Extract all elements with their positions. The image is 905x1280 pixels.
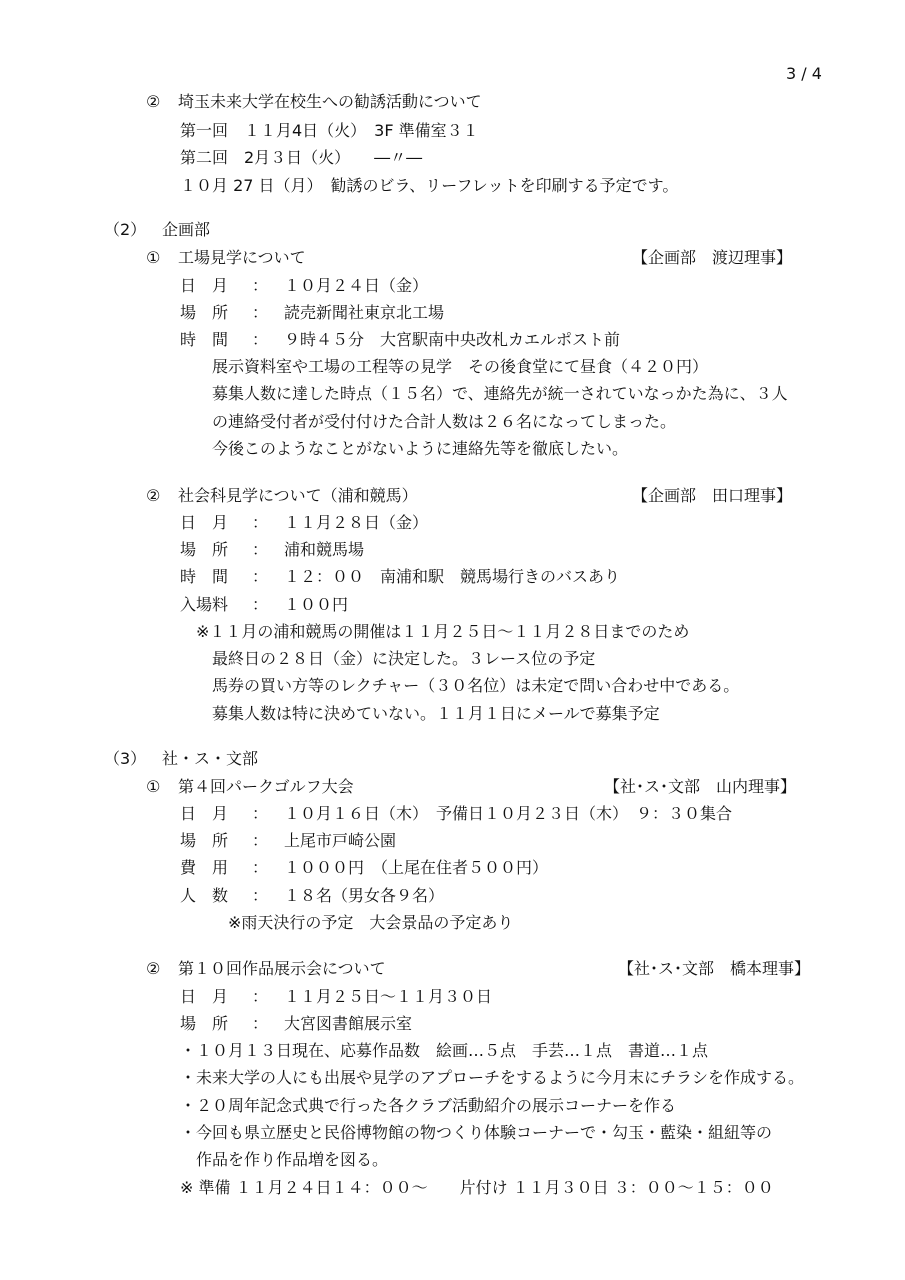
note-line: ※１１月の浦和競馬の開催は１１月２５日～１１月２８日までのため <box>196 622 689 642</box>
detail-row-date: 日 月：１１月２８日（金） <box>180 513 428 533</box>
row-value: １１月２８日（金） <box>284 513 428 532</box>
row-colon: ： <box>252 595 284 615</box>
row-value: 大宮図書館展示室 <box>284 1014 412 1033</box>
row-label: 人 数 <box>180 886 252 906</box>
section-title: 企画部 <box>162 220 210 239</box>
row-label: 日 月 <box>180 987 252 1007</box>
note-line: ※雨天決行の予定 大会景品の予定あり <box>228 913 513 933</box>
row-colon: ： <box>252 987 284 1007</box>
page-number: 3 / 4 <box>786 64 822 84</box>
row-value: 浦和競馬場 <box>284 540 364 559</box>
row-label: 時 間 <box>180 330 252 350</box>
section-heading-social-sports-culture: （3）社・ス・文部 <box>104 749 258 769</box>
note-line: の連絡受付者が受付付けた合計人数は２６名になってしまった。 <box>212 412 676 432</box>
row-value: １００円 <box>284 595 348 614</box>
row-colon: ： <box>252 804 284 824</box>
recruitment-line-3: １０月 27 日（月） 勧誘のビラ、リーフレットを印刷する予定です。 <box>180 176 678 196</box>
art-exhibition-heading: ②第１０回作品展示会について <box>146 959 386 979</box>
detail-row-date: 日 月：１０月２４日（金） <box>180 276 428 296</box>
row-value: １０月１６日（木） 予備日１０月２３日（木） ９：３０集合 <box>284 804 732 823</box>
social-tour-heading: ②社会科見学について（浦和競馬） <box>146 486 418 506</box>
row-colon: ： <box>252 276 284 296</box>
row-value: １８名（男女各９名） <box>284 886 444 905</box>
section-title: 社・ス・文部 <box>162 749 258 768</box>
row-label: 日 月 <box>180 513 252 533</box>
detail-row-place: 場 所：上尾市戸崎公園 <box>180 831 396 851</box>
row-colon: ： <box>252 831 284 851</box>
row-label: 日 月 <box>180 276 252 296</box>
row-value: １０００円 （上尾在住者５００円） <box>284 858 548 877</box>
item-number: ① <box>146 248 178 268</box>
row-label: 日 月 <box>180 804 252 824</box>
responsible-person: 【企画部 渡辺理事】 <box>632 248 792 268</box>
bullet-line: ・２０周年記念式典で行った各クラブ活動紹介の展示コーナーを作る <box>180 1096 676 1116</box>
row-label: 場 所 <box>180 303 252 323</box>
note-line: 展示資料室や工場の工程等の見学 その後食堂にて昼食（４２０円） <box>212 357 708 377</box>
note-line: 最終日の２８日（金）に決定した。３レース位の予定 <box>212 649 595 669</box>
bullet-line: ・今回も県立歴史と民俗博物館の物つくり体験コーナーで・勾玉・藍染・組紐等の <box>180 1123 772 1143</box>
row-colon: ： <box>252 886 284 906</box>
item-title: 第１０回作品展示会について <box>178 959 386 978</box>
responsible-person: 【企画部 田口理事】 <box>632 486 792 506</box>
responsible-person: 【社･ス･文部 山内理事】 <box>604 777 796 797</box>
bullet-line: ・未来大学の人にも出展や見学のアプローチをするように今月末にチラシを作成する。 <box>180 1068 804 1088</box>
note-line: 馬券の買い方等のレクチャー（３０名位）は未定で問い合わせ中である。 <box>212 676 739 696</box>
row-colon: ： <box>252 540 284 560</box>
row-value: １２：００ 南浦和駅 競馬場行きのバスあり <box>284 567 620 586</box>
item-title: 社会科見学について（浦和競馬） <box>178 486 418 505</box>
schedule-note: ※ 準備 １１月２４日１４：００～ 片付け １１月３０日 ３：００～１５：００ <box>180 1178 774 1198</box>
row-colon: ： <box>252 567 284 587</box>
row-label: 入場料 <box>180 595 252 615</box>
responsible-person: 【社･ス･文部 橋本理事】 <box>618 959 810 979</box>
row-label: 費 用 <box>180 858 252 878</box>
detail-row-place: 場 所：浦和競馬場 <box>180 540 364 560</box>
row-value: 上尾市戸崎公園 <box>284 831 396 850</box>
item-title: 工場見学について <box>178 248 306 267</box>
note-line: 募集人数は特に決めていない。１１月１日にメールで募集予定 <box>212 704 660 724</box>
row-value: ９時４５分 大宮駅南中央改札カエルポスト前 <box>284 330 620 349</box>
detail-row-place: 場 所：大宮図書館展示室 <box>180 1014 412 1034</box>
row-colon: ： <box>252 330 284 350</box>
detail-row-date: 日 月：１１月２５日～１１月３０日 <box>180 987 492 1007</box>
factory-tour-heading: ①工場見学について <box>146 248 306 268</box>
note-line: 今後このようなことがないように連絡先等を徹底したい。 <box>212 439 628 459</box>
row-colon: ： <box>252 303 284 323</box>
row-label: 場 所 <box>180 1014 252 1034</box>
row-colon: ： <box>252 858 284 878</box>
item-number: ① <box>146 777 178 797</box>
section-heading-planning: （2）企画部 <box>104 220 210 240</box>
detail-row-cost: 費 用：１０００円 （上尾在住者５００円） <box>180 858 548 878</box>
detail-row-headcount: 人 数：１８名（男女各９名） <box>180 886 444 906</box>
recruitment-line-1: 第一回 １１月4日（火） 3F 準備室３１ <box>180 121 479 141</box>
item-number: ② <box>146 92 178 112</box>
row-value: １０月２４日（金） <box>284 276 428 295</box>
section-number: （3） <box>104 749 162 769</box>
item-number: ② <box>146 959 178 979</box>
bullet-line: 作品を作り作品増を図る。 <box>180 1150 388 1170</box>
row-colon: ： <box>252 513 284 533</box>
detail-row-time: 時 間：９時４５分 大宮駅南中央改札カエルポスト前 <box>180 330 620 350</box>
row-colon: ： <box>252 1014 284 1034</box>
row-value: 読売新聞社東京北工場 <box>284 303 444 322</box>
park-golf-heading: ①第４回パークゴルフ大会 <box>146 777 354 797</box>
bullet-line: ・１０月１３日現在、応募作品数 絵画…５点 手芸…１点 書道…１点 <box>180 1041 708 1061</box>
recruitment-line-2: 第二回 2月３日（火） ―〃― <box>180 148 422 168</box>
detail-row-date: 日 月：１０月１６日（木） 予備日１０月２３日（木） ９：３０集合 <box>180 804 732 824</box>
row-label: 場 所 <box>180 831 252 851</box>
detail-row-place: 場 所：読売新聞社東京北工場 <box>180 303 444 323</box>
detail-row-fee: 入場料：１００円 <box>180 595 348 615</box>
row-label: 時 間 <box>180 567 252 587</box>
row-value: １１月２５日～１１月３０日 <box>284 987 492 1006</box>
section-number: （2） <box>104 220 162 240</box>
note-line: 募集人数に達した時点（１５名）で、連絡先が統一されていなっかた為に、３人 <box>212 384 788 404</box>
recruitment-item-heading: ②埼玉未来大学在校生への勧誘活動について <box>146 92 482 112</box>
item-number: ② <box>146 486 178 506</box>
row-label: 場 所 <box>180 540 252 560</box>
item-title: 第４回パークゴルフ大会 <box>178 777 354 796</box>
item-title: 埼玉未来大学在校生への勧誘活動について <box>178 92 482 111</box>
detail-row-time: 時 間：１２：００ 南浦和駅 競馬場行きのバスあり <box>180 567 620 587</box>
